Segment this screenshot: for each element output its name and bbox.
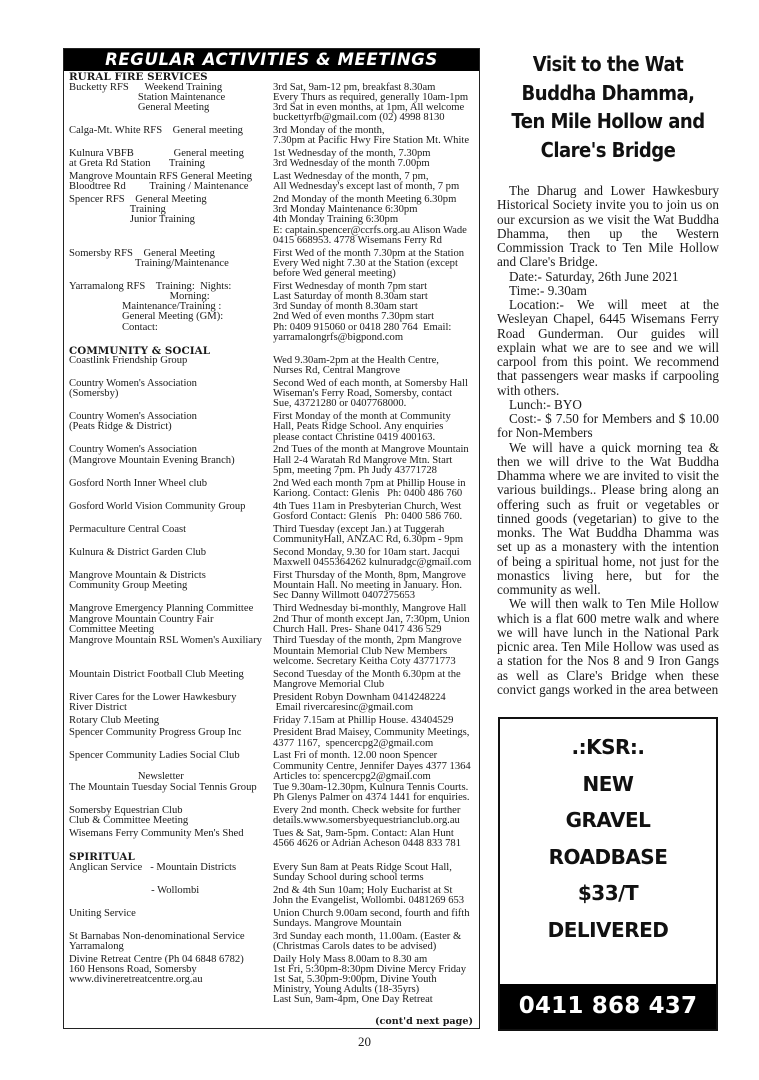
activity-entry: St Barnabas Non-denominational Service Y…: [69, 932, 476, 952]
activity-name: Mountain District Football Club Meeting: [69, 670, 273, 690]
activity-details: 3rd Monday of the month, 7.30pm at Pacif…: [273, 126, 476, 146]
activity-name: Divine Retreat Centre (Ph 04 6848 6782) …: [69, 955, 273, 1006]
activity-name: Gosford World Vision Community Group: [69, 502, 273, 522]
article-body: The Dharug and Lower Hawkesbury Historic…: [497, 184, 719, 697]
activity-name: Coastlink Friendship Group: [69, 356, 273, 376]
article-lunch: Lunch:- BYO: [497, 398, 719, 412]
activity-name: - Wollombi: [69, 886, 273, 906]
continued-note: (cont'd next page): [375, 1016, 473, 1027]
activity-details: 3rd Sunday each month, 11.00am. (Easter …: [273, 932, 476, 952]
activity-entry: Spencer Community Ladies Social Club New…: [69, 751, 476, 782]
activity-name: Mangrove Mountain RSL Women's Auxiliary: [69, 636, 273, 667]
activity-entry: Mangrove Mountain RFS General Meeting Bl…: [69, 172, 476, 192]
activity-details: First Wed of the month 7.30pm at the Sta…: [273, 249, 476, 280]
activity-entry: Yarramalong RFS Training: Nights: Mornin…: [69, 282, 476, 343]
section-community: Coastlink Friendship GroupWed 9.30am-2pm…: [69, 356, 476, 849]
activity-details: Every Sun 8am at Peats Ridge Scout Hall,…: [273, 863, 476, 883]
activity-name: Mangrove Mountain & Districts Community …: [69, 571, 273, 602]
activity-details: Daily Holy Mass 8.00am to 8.30 am 1st Fr…: [273, 955, 476, 1006]
activity-entry: Somersby Equestrian Club Club & Committe…: [69, 806, 476, 826]
activity-entry: - Wollombi2nd & 4th Sun 10am; Holy Eucha…: [69, 886, 476, 906]
activity-name: Rotary Club Meeting: [69, 716, 273, 726]
activity-details: 2nd Tues of the month at Mangrove Mounta…: [273, 445, 476, 476]
activity-entry: Kulnura & District Garden ClubSecond Mon…: [69, 548, 476, 568]
activity-name: Calga-Mt. White RFS General meeting: [69, 126, 273, 146]
activity-entry: Mangrove Mountain Country Fair Committee…: [69, 615, 476, 635]
article-cost: Cost:- $ 7.50 for Members and $ 10.00 fo…: [497, 412, 719, 441]
activity-entry: Kulnura VBFB General meeting at Greta Rd…: [69, 149, 476, 169]
activity-name: Spencer Community Ladies Social Club New…: [69, 751, 273, 782]
activity-entry: Mangrove Mountain & Districts Community …: [69, 571, 476, 602]
activity-name: Mangrove Emergency Planning Committee: [69, 604, 273, 614]
activity-name: Somersby RFS General Meeting Training/Ma…: [69, 249, 273, 280]
activity-name: Uniting Service: [69, 909, 273, 929]
article-paragraph-1: We will have a quick morning tea & then …: [497, 441, 719, 598]
activity-details: Second Monday, 9.30 for 10am start. Jacq…: [273, 548, 476, 568]
ksr-advertisement: .:KSR:.NEWGRAVELROADBASE$33/TDELIVERED 0…: [498, 717, 718, 1031]
article-date: Date:- Saturday, 26th June 2021: [497, 270, 719, 284]
activity-name: Anglican Service - Mountain Districts: [69, 863, 273, 883]
activity-name: Spencer RFS General Meeting Training Jun…: [69, 195, 273, 246]
activity-details: 2nd Wed each month 7pm at Phillip House …: [273, 479, 476, 499]
activity-entry: River Cares for the Lower Hawkesbury Riv…: [69, 693, 476, 713]
activity-entry: Calga-Mt. White RFS General meeting3rd M…: [69, 126, 476, 146]
activity-entry: Mangrove Mountain RSL Women's AuxiliaryT…: [69, 636, 476, 667]
activity-details: 2nd & 4th Sun 10am; Holy Eucharist at St…: [273, 886, 476, 906]
activity-name: St Barnabas Non-denominational Service Y…: [69, 932, 273, 952]
activity-details: 2nd Monday of the month Meeting 6.30pm 3…: [273, 195, 476, 246]
activity-details: Third Wednesday bi-monthly, Mangrove Hal…: [273, 604, 476, 614]
activity-entry: Country Women's Association (Peats Ridge…: [69, 412, 476, 443]
activity-entry: Mountain District Football Club MeetingS…: [69, 670, 476, 690]
ad-phone-number[interactable]: 0411 868 437: [500, 984, 716, 1029]
activity-details: 3rd Sat, 9am-12 pm, breakfast 8.30am Eve…: [273, 83, 476, 124]
activity-entry: Divine Retreat Centre (Ph 04 6848 6782) …: [69, 955, 476, 1006]
activity-name: Country Women's Association (Peats Ridge…: [69, 412, 273, 443]
activity-entry: Spencer RFS General Meeting Training Jun…: [69, 195, 476, 246]
activity-details: Every 2nd month. Check website for furth…: [273, 806, 476, 826]
activity-entry: The Mountain Tuesday Social Tennis Group…: [69, 783, 476, 803]
activity-entry: Country Women's Association (Mangrove Mo…: [69, 445, 476, 476]
activity-entry: Mangrove Emergency Planning CommitteeThi…: [69, 604, 476, 614]
ad-line: NEW: [500, 766, 716, 803]
activity-details: Tues & Sat, 9am-5pm. Contact: Alan Hunt …: [273, 829, 476, 849]
ad-line: $33/T: [500, 875, 716, 912]
article: Visit to the Wat Buddha Dhamma, Ten Mile…: [497, 50, 719, 697]
activity-name: Kulnura & District Garden Club: [69, 548, 273, 568]
activity-name: Spencer Community Progress Group Inc: [69, 728, 273, 748]
activity-name: River Cares for the Lower Hawkesbury Riv…: [69, 693, 273, 713]
activity-name: Gosford North Inner Wheel club: [69, 479, 273, 499]
ad-line: .:KSR:.: [500, 729, 716, 766]
activity-name: Permaculture Central Coast: [69, 525, 273, 545]
activity-details: Last Wednesday of the month, 7 pm, All W…: [273, 172, 476, 192]
activity-name: Kulnura VBFB General meeting at Greta Rd…: [69, 149, 273, 169]
activity-entry: Spencer Community Progress Group IncPres…: [69, 728, 476, 748]
activity-name: Somersby Equestrian Club Club & Committe…: [69, 806, 273, 826]
activity-entry: Gosford North Inner Wheel club2nd Wed ea…: [69, 479, 476, 499]
section-title-rural-fire: RURAL FIRE SERVICES: [69, 72, 476, 83]
activity-entry: Wisemans Ferry Community Men's ShedTues …: [69, 829, 476, 849]
section-rural-fire: Bucketty RFS Weekend Training Station Ma…: [69, 83, 476, 343]
activity-details: 4th Tues 11am in Presbyterian Church, We…: [273, 502, 476, 522]
ad-lines: .:KSR:.NEWGRAVELROADBASE$33/TDELIVERED: [500, 719, 716, 948]
activity-name: Bucketty RFS Weekend Training Station Ma…: [69, 83, 273, 124]
section-title-spiritual: SPIRITUAL: [69, 852, 476, 863]
article-title: Visit to the Wat Buddha Dhamma, Ten Mile…: [510, 50, 705, 164]
activity-details: Second Tuesday of the Month 6.30pm at th…: [273, 670, 476, 690]
activity-name: The Mountain Tuesday Social Tennis Group: [69, 783, 273, 803]
activity-entry: Gosford World Vision Community Group4th …: [69, 502, 476, 522]
regular-activities-box: REGULAR ACTIVITIES & MEETINGS RURAL FIRE…: [63, 48, 480, 1029]
activity-details: First Monday of the month at Community H…: [273, 412, 476, 443]
activity-entry: Country Women's Association (Somersby)Se…: [69, 379, 476, 410]
activity-details: Second Wed of each month, at Somersby Ha…: [273, 379, 476, 410]
activity-name: Country Women's Association (Mangrove Mo…: [69, 445, 273, 476]
activity-name: Yarramalong RFS Training: Nights: Mornin…: [69, 282, 273, 343]
activity-details: First Thursday of the Month, 8pm, Mangro…: [273, 571, 476, 602]
activity-entry: Permaculture Central CoastThird Tuesday …: [69, 525, 476, 545]
activity-details: Wed 9.30am-2pm at the Health Centre, Nur…: [273, 356, 476, 376]
activity-details: Third Tuesday of the month, 2pm Mangrove…: [273, 636, 476, 667]
activity-details: President Brad Maisey, Community Meeting…: [273, 728, 476, 748]
activity-details: Union Church 9.00am second, fourth and f…: [273, 909, 476, 929]
activity-entry: Uniting ServiceUnion Church 9.00am secon…: [69, 909, 476, 929]
activity-details: Last Fri of month. 12.00 noon Spencer Co…: [273, 751, 476, 782]
activity-details: First Wednesday of month 7pm start Last …: [273, 282, 476, 343]
activity-details: Friday 7.15am at Phillip House. 43404529: [273, 716, 476, 726]
activity-entry: Anglican Service - Mountain DistrictsEve…: [69, 863, 476, 883]
ad-line: GRAVEL: [500, 802, 716, 839]
activity-details: Tue 9.30am-12.30pm, Kulnura Tennis Court…: [273, 783, 476, 803]
activity-name: Wisemans Ferry Community Men's Shed: [69, 829, 273, 849]
ad-line: ROADBASE: [500, 839, 716, 876]
activity-entry: Rotary Club MeetingFriday 7.15am at Phil…: [69, 716, 476, 726]
activity-name: Country Women's Association (Somersby): [69, 379, 273, 410]
activity-details: President Robyn Downham 0414248224 Email…: [273, 693, 476, 713]
activities-header: REGULAR ACTIVITIES & MEETINGS: [64, 49, 479, 71]
activity-name: Mangrove Mountain RFS General Meeting Bl…: [69, 172, 273, 192]
activity-details: Third Tuesday (except Jan.) at Tuggerah …: [273, 525, 476, 545]
section-spiritual: Anglican Service - Mountain DistrictsEve…: [69, 863, 476, 1006]
ad-line: DELIVERED: [500, 912, 716, 949]
activity-name: Mangrove Mountain Country Fair Committee…: [69, 615, 273, 635]
activity-entry: Coastlink Friendship GroupWed 9.30am-2pm…: [69, 356, 476, 376]
article-intro: The Dharug and Lower Hawkesbury Historic…: [497, 184, 719, 270]
activities-body: RURAL FIRE SERVICES Bucketty RFS Weekend…: [64, 72, 479, 1006]
activity-entry: Bucketty RFS Weekend Training Station Ma…: [69, 83, 476, 124]
page-number: 20: [358, 1034, 371, 1050]
article-time: Time:- 9.30am: [497, 284, 719, 298]
article-paragraph-2: We will then walk to Ten Mile Hollow whi…: [497, 597, 719, 697]
activity-details: 2nd Thur of month except Jan, 7:30pm, Un…: [273, 615, 476, 635]
activity-entry: Somersby RFS General Meeting Training/Ma…: [69, 249, 476, 280]
activity-details: 1st Wednesday of the month, 7.30pm 3rd W…: [273, 149, 476, 169]
article-location: Location:- We will meet at the Wesleyan …: [497, 298, 719, 398]
